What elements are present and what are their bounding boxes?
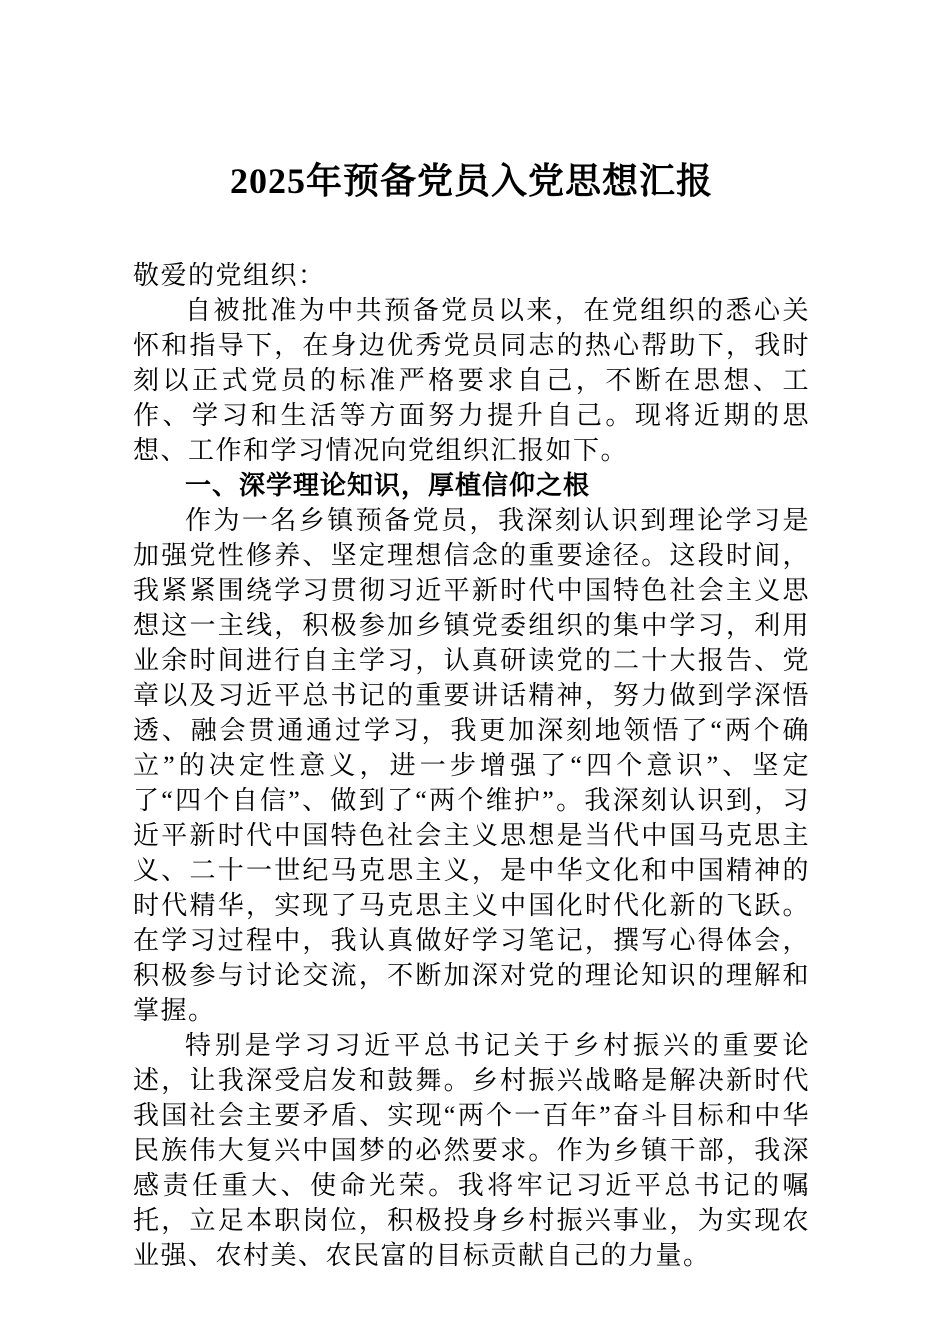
document-body: 敬爱的党组织： 自被批准为中共预备党员以来，在党组织的悉心关怀和指导下，在身边优… — [133, 258, 810, 1273]
intro-paragraph: 自被批准为中共预备党员以来，在党组织的悉心关怀和指导下，在身边优秀党员同志的热心… — [133, 293, 810, 468]
document-page: 2025年预备党员入党思想汇报 敬爱的党组织： 自被批准为中共预备党员以来，在党… — [0, 0, 950, 1344]
section-1-paragraph-1: 作为一名乡镇预备党员，我深刻认识到理论学习是加强党性修养、坚定理想信念的重要途径… — [133, 503, 810, 1028]
section-heading-1: 一、深学理论知识，厚植信仰之根 — [133, 468, 810, 503]
section-1-paragraph-2: 特别是学习习近平总书记关于乡村振兴的重要论述，让我深受启发和鼓舞。乡村振兴战略是… — [133, 1028, 810, 1273]
salutation: 敬爱的党组织： — [133, 258, 810, 293]
document-title: 2025年预备党员入党思想汇报 — [133, 158, 810, 204]
